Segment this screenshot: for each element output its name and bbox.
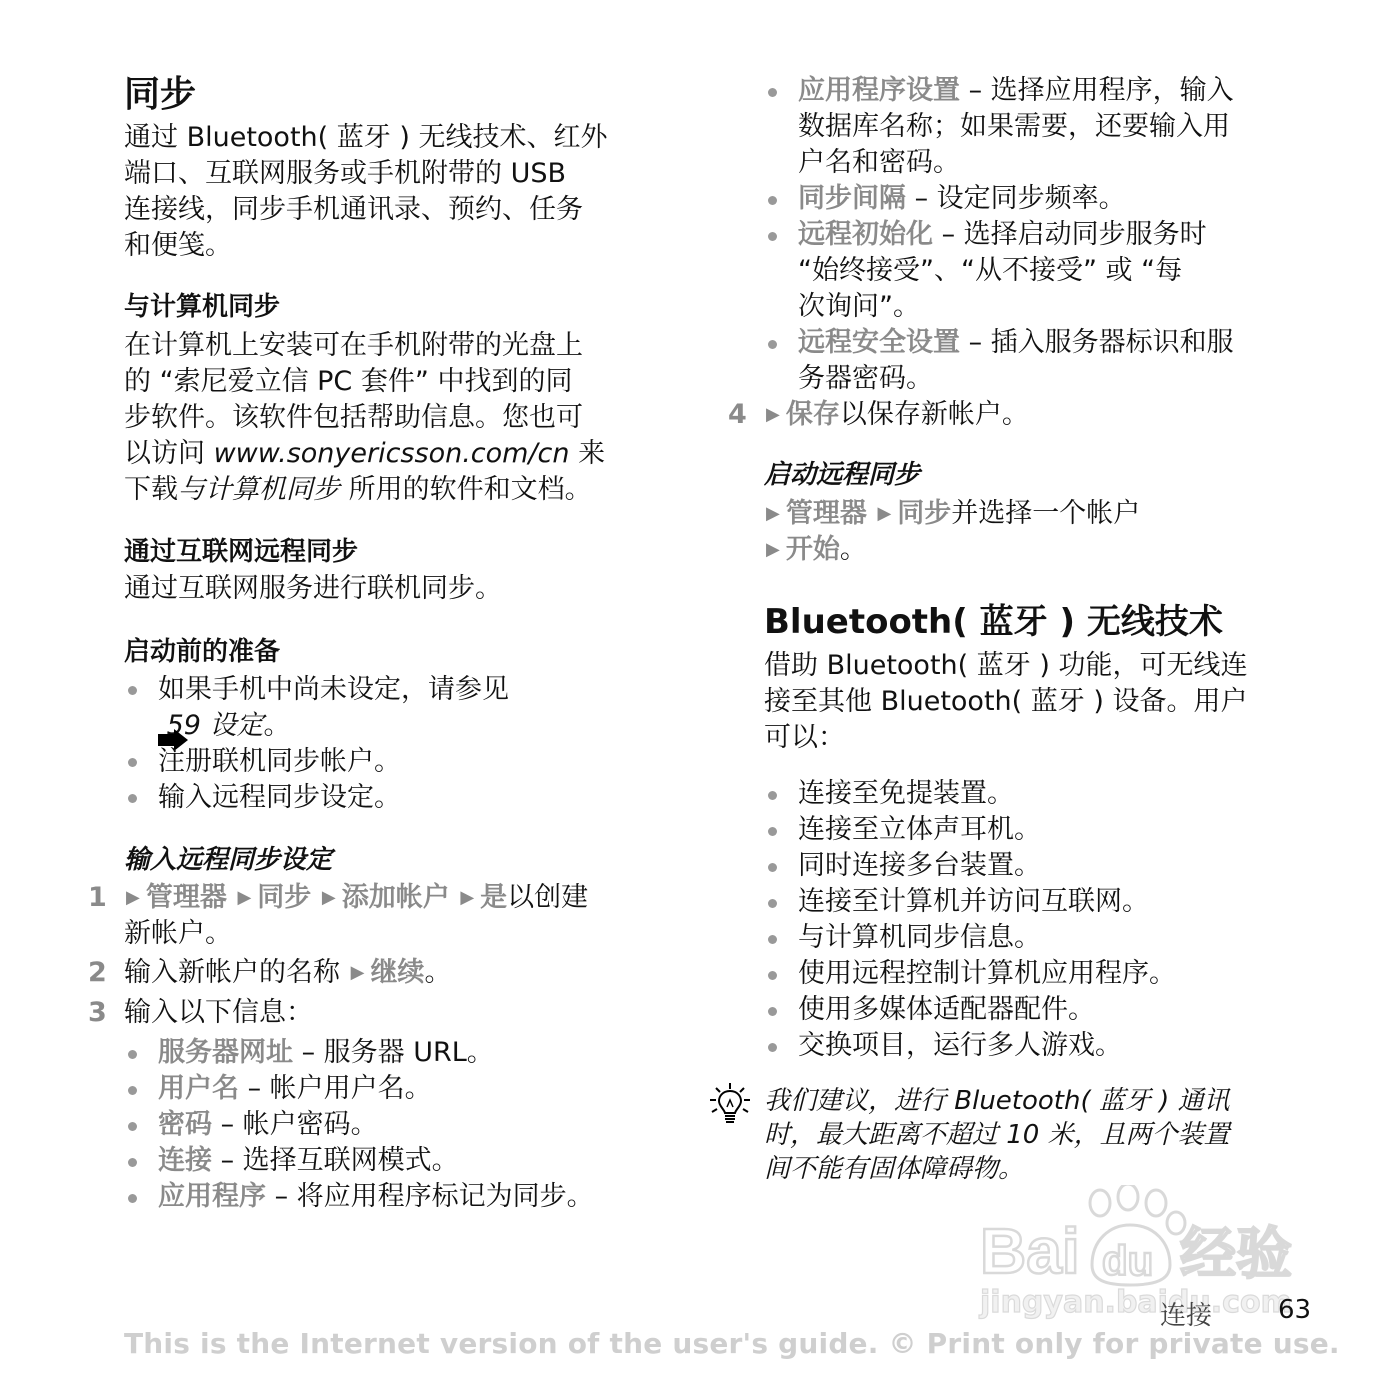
bullet-icon xyxy=(128,794,137,803)
bluetooth-line: 借助 Bluetooth( 蓝牙 ) 功能，可无线连 xyxy=(764,648,1247,684)
tip-line: 我们建议，进行 Bluetooth( 蓝牙 ) 通讯 xyxy=(764,1084,1230,1118)
step-2: 输入新帐户的名称 ▶继续。 xyxy=(124,955,451,994)
sync-paragraph-line: 和便笺。 xyxy=(124,228,232,264)
bullet-icon xyxy=(768,791,777,800)
bluetooth-bullet: 与计算机同步信息。 xyxy=(798,920,1041,956)
text: 以访问 xyxy=(124,438,214,469)
svg-text:du: du xyxy=(1102,1237,1153,1284)
subsection-title-enter-settings: 输入远程同步设定 xyxy=(124,843,332,877)
footer-notice: This is the Internet version of the user… xyxy=(124,1327,1340,1360)
menu-item[interactable]: 同步 xyxy=(897,498,951,529)
step-number: 2 xyxy=(88,955,107,991)
field-item: 服务器网址 – 服务器 URL。 xyxy=(158,1035,494,1071)
menu-arrow-icon: ▶ xyxy=(877,503,891,524)
field-name[interactable]: 应用程序设置 xyxy=(798,75,960,106)
menu-item[interactable]: 添加帐户 xyxy=(342,882,450,913)
bullet-icon xyxy=(128,1122,137,1131)
subsection-title-remote-sync: 通过互联网远程同步 xyxy=(124,535,358,569)
menu-item[interactable]: 开始 xyxy=(786,534,840,565)
prep-bullet-2: 注册联机同步帐户。 xyxy=(158,744,401,780)
field-name[interactable]: 连接 xyxy=(158,1145,212,1176)
bluetooth-line: 接至其他 Bluetooth( 蓝牙 ) 设备。用户 xyxy=(764,684,1247,720)
bullet-icon xyxy=(768,340,777,349)
bullet-icon xyxy=(128,1158,137,1167)
baidu-watermark: Bai du 经验 jingyan.baidu.com xyxy=(980,1185,1310,1315)
bluetooth-bullet: 连接至免提装置。 xyxy=(798,776,1014,812)
page-number: 63 xyxy=(1278,1295,1311,1325)
field-name[interactable]: 远程安全设置 xyxy=(798,327,960,358)
remote-sync-line: 通过互联网服务进行联机同步。 xyxy=(124,571,502,607)
field-item: 用户名 – 帐户用户名。 xyxy=(158,1071,432,1107)
text: 。 xyxy=(424,957,451,988)
start-remote-line: ▶开始。 xyxy=(764,532,867,571)
bluetooth-bullet: 连接至立体声耳机。 xyxy=(798,812,1041,848)
bullet-icon xyxy=(128,758,137,767)
prep-bullet-1-ref[interactable]: 59 设定。 xyxy=(158,708,291,744)
pc-sync-line: 下载与计算机同步 所用的软件和文档。 xyxy=(124,472,592,508)
menu-item[interactable]: 管理器 xyxy=(146,882,227,913)
website-link[interactable]: www.sonyericsson.com/cn xyxy=(214,438,570,469)
bluetooth-bullet: 同时连接多台装置。 xyxy=(798,848,1041,884)
bullet-icon xyxy=(128,1194,137,1203)
menu-arrow-icon: ▶ xyxy=(322,887,336,908)
watermark-url: jingyan.baidu.com xyxy=(980,1285,1292,1320)
field-name[interactable]: 用户名 xyxy=(158,1073,239,1104)
step-number: 4 xyxy=(728,397,747,433)
menu-arrow-icon: ▶ xyxy=(766,404,780,425)
bluetooth-line: 可以： xyxy=(764,720,845,756)
menu-arrow-icon: ▶ xyxy=(351,962,365,983)
field-desc-line: 务器密码。 xyxy=(798,361,933,397)
bullet-icon xyxy=(768,971,777,980)
pc-sync-line: 步软件。该软件包括帮助信息。您也可 xyxy=(124,400,583,436)
menu-item[interactable]: 管理器 xyxy=(786,498,867,529)
subsection-title-prep: 启动前的准备 xyxy=(124,635,280,669)
field-item: 应用程序设置 – 选择应用程序，输入 xyxy=(798,73,1234,109)
step-number: 1 xyxy=(88,880,107,916)
sync-paragraph-line: 通过 Bluetooth( 蓝牙 ) 无线技术、红外 xyxy=(124,120,607,156)
bullet-icon xyxy=(768,827,777,836)
field-desc: – 帐户用户名。 xyxy=(239,1073,432,1104)
text: 。 xyxy=(840,534,867,565)
menu-item[interactable]: 同步 xyxy=(257,882,311,913)
prep-bullet-1: 如果手机中尚未设定，请参见 xyxy=(158,672,509,708)
field-name[interactable]: 应用程序 xyxy=(158,1181,266,1212)
svg-text:经验: 经验 xyxy=(1180,1222,1292,1287)
bullet-icon xyxy=(128,686,137,695)
field-item: 密码 – 帐户密码。 xyxy=(158,1107,378,1143)
sync-paragraph-line: 端口、互联网服务或手机附带的 USB xyxy=(124,156,566,192)
field-desc: – 插入服务器标识和服 xyxy=(960,327,1234,358)
text: 。 xyxy=(264,710,291,741)
section-title-bluetooth: Bluetooth( 蓝牙 ) 无线技术 xyxy=(764,600,1223,644)
bullet-icon xyxy=(768,1007,777,1016)
field-name[interactable]: 同步间隔 xyxy=(798,183,906,214)
lightbulb-icon xyxy=(708,1082,752,1126)
field-desc-line: 次询问”。 xyxy=(798,289,920,325)
subsection-title-start-remote: 启动远程同步 xyxy=(764,458,920,492)
menu-item[interactable]: 继续 xyxy=(370,957,424,988)
bluetooth-bullet: 连接至计算机并访问互联网。 xyxy=(798,884,1149,920)
step-4: ▶保存以保存新帐户。 xyxy=(764,397,1029,436)
menu-item[interactable]: 是 xyxy=(480,882,507,913)
text: 来 xyxy=(570,438,606,469)
software-name: 与计算机同步 xyxy=(178,474,340,505)
menu-arrow-icon: ▶ xyxy=(460,887,474,908)
field-desc: – 将应用程序标记为同步。 xyxy=(266,1181,594,1212)
field-item: 远程初始化 – 选择启动同步服务时 xyxy=(798,217,1207,253)
field-name[interactable]: 服务器网址 xyxy=(158,1037,293,1068)
text: 并选择一个帐户 xyxy=(951,498,1140,529)
bluetooth-bullet: 使用远程控制计算机应用程序。 xyxy=(798,956,1176,992)
menu-arrow-icon: ▶ xyxy=(126,887,140,908)
field-desc-line: 数据库名称；如果需要，还要输入用 xyxy=(798,109,1230,145)
pc-sync-line: 在计算机上安装可在手机附带的光盘上 xyxy=(124,328,583,364)
menu-item[interactable]: 保存 xyxy=(786,399,840,430)
field-desc: – 帐户密码。 xyxy=(212,1109,378,1140)
sync-paragraph-line: 连接线，同步手机通讯录、预约、任务 xyxy=(124,192,583,228)
bullet-icon xyxy=(128,1050,137,1059)
ref-text: 设定 xyxy=(210,710,264,741)
field-desc: – 选择应用程序，输入 xyxy=(960,75,1234,106)
field-desc: – 选择启动同步服务时 xyxy=(933,219,1207,250)
menu-arrow-icon: ▶ xyxy=(766,539,780,560)
bullet-icon xyxy=(768,935,777,944)
menu-arrow-icon: ▶ xyxy=(237,887,251,908)
field-item: 应用程序 – 将应用程序标记为同步。 xyxy=(158,1179,594,1215)
bullet-icon xyxy=(768,899,777,908)
prep-bullet-3: 输入远程同步设定。 xyxy=(158,780,401,816)
step-number: 3 xyxy=(88,995,107,1031)
text: 输入新帐户的名称 xyxy=(124,957,340,988)
text: 以创建 xyxy=(507,882,588,913)
section-title-sync: 同步 xyxy=(124,73,196,117)
field-desc-line: 户名和密码。 xyxy=(798,145,960,181)
field-name[interactable]: 远程初始化 xyxy=(798,219,933,250)
menu-arrow-icon: ▶ xyxy=(766,503,780,524)
bullet-icon xyxy=(768,232,777,241)
bullet-icon xyxy=(768,196,777,205)
text: 所用的软件和文档。 xyxy=(340,474,592,505)
bullet-icon xyxy=(768,1043,777,1052)
tip-line: 时，最大距离不超过 10 米，且两个装置 xyxy=(764,1118,1230,1152)
bullet-icon xyxy=(768,863,777,872)
step-3: 输入以下信息： xyxy=(124,995,313,1031)
bullet-icon xyxy=(768,88,777,97)
field-item: 远程安全设置 – 插入服务器标识和服 xyxy=(798,325,1234,361)
bluetooth-bullet: 交换项目，运行多人游戏。 xyxy=(798,1028,1122,1064)
field-desc: – 选择互联网模式。 xyxy=(212,1145,459,1176)
bullet-icon xyxy=(128,1086,137,1095)
start-remote-line: ▶管理器 ▶同步并选择一个帐户 xyxy=(764,496,1140,535)
field-item: 同步间隔 – 设定同步频率。 xyxy=(798,181,1126,217)
tip-line: 间不能有固体障碍物。 xyxy=(764,1152,1024,1186)
text: 下载 xyxy=(124,474,178,505)
field-name[interactable]: 密码 xyxy=(158,1109,212,1140)
pc-sync-line: 的 “索尼爱立信 PC 套件” 中找到的同 xyxy=(124,364,572,400)
pc-sync-line: 以访问 www.sonyericsson.com/cn 来 xyxy=(124,436,605,472)
field-desc: – 设定同步频率。 xyxy=(906,183,1126,214)
field-desc: – 服务器 URL。 xyxy=(293,1037,494,1068)
svg-text:Bai: Bai xyxy=(980,1215,1080,1287)
bluetooth-bullet: 使用多媒体适配器配件。 xyxy=(798,992,1095,1028)
subsection-title-pc-sync: 与计算机同步 xyxy=(124,290,280,324)
field-item: 连接 – 选择互联网模式。 xyxy=(158,1143,459,1179)
step-1-line2: 新帐户。 xyxy=(124,916,232,952)
text: 以保存新帐户。 xyxy=(840,399,1029,430)
field-desc-line: “始终接受”、“从不接受” 或 “每 xyxy=(798,253,1182,289)
step-1: ▶管理器 ▶同步 ▶添加帐户 ▶是以创建 xyxy=(124,880,588,919)
